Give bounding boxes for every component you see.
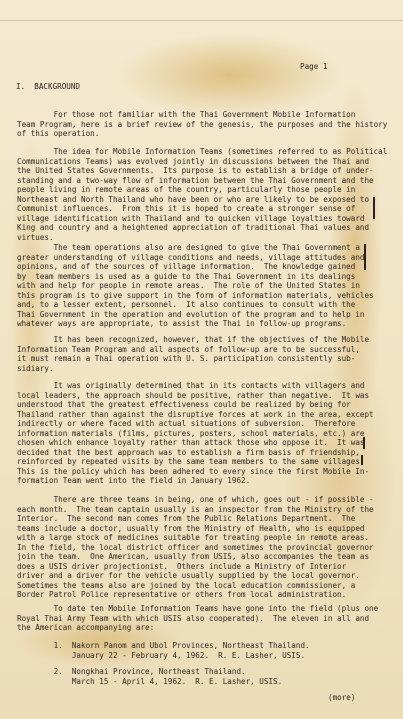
paragraph-4-line-3: it must remain a Thai operation with U. … bbox=[17, 354, 355, 364]
paragraph-5-line-11: formation Team went into the field in Ja… bbox=[17, 476, 250, 486]
list-item-1-line-1: 1. Nakorn Panom and Ubol Provinces, Nort… bbox=[17, 641, 310, 651]
continuation-note: (more) bbox=[328, 693, 355, 703]
paragraph-2-line-7: Communist influences. From this it is ho… bbox=[17, 204, 355, 214]
paragraph-5-line-8: decided that the best approach was to es… bbox=[17, 448, 360, 458]
paragraph-1-line-1: For those not familiar with the Thai Gov… bbox=[17, 110, 355, 120]
paragraph-6-line-3: Interior. The second man comes from the … bbox=[17, 514, 355, 524]
paragraph-1-line-2: Team Program, here is a brief review of … bbox=[17, 120, 387, 130]
paragraph-6-line-6: In the field, the local district officer… bbox=[17, 543, 374, 553]
paragraph-2-line-3: the United States Governments. Its purpo… bbox=[17, 166, 374, 176]
paragraph-3-line-9: whatever ways are appropriate, to assist… bbox=[17, 319, 346, 329]
paragraph-5-line-3: understood that the greatest effectivene… bbox=[17, 400, 351, 410]
paragraph-6-line-7: join the team. One American, usually fro… bbox=[17, 552, 369, 562]
paragraph-2-line-6: Northeast and North Thailand who have be… bbox=[17, 195, 369, 205]
paragraph-4-line-4: sidiary. bbox=[17, 364, 54, 374]
paragraph-1-line-3: of this operation. bbox=[17, 129, 99, 139]
paragraph-6-line-8: does a USIS driver projectionist. Others… bbox=[17, 562, 346, 572]
margin-mark bbox=[363, 437, 365, 449]
paragraph-5-line-4: Thailand rather than against the disrupt… bbox=[17, 410, 374, 420]
paragraph-2-line-9: King and country and a heightened apprec… bbox=[17, 223, 369, 233]
paragraph-6-line-2: each month. The team captain usually is … bbox=[17, 505, 374, 515]
paragraph-3-line-1: The team operations also are designed to… bbox=[17, 243, 360, 253]
page-number: Page 1 bbox=[300, 62, 327, 72]
paragraph-3-line-5: with and help for people in remote areas… bbox=[17, 281, 360, 291]
document-page: Page 1 I. BACKGROUND For those not famil… bbox=[0, 0, 403, 719]
paragraph-5-line-10: This is the policy which has been adhere… bbox=[17, 467, 369, 477]
paragraph-3-line-7: and, to a lesser extent, personnel. It a… bbox=[17, 300, 355, 310]
paragraph-6-line-11: Border Patrol Police representative or o… bbox=[17, 590, 346, 600]
paragraph-2-line-4: standing and a two-way flow of informati… bbox=[17, 176, 374, 186]
fold-line bbox=[0, 20, 403, 21]
paragraph-5-line-7: chosen which enhance loyalty rather than… bbox=[17, 438, 364, 448]
paragraph-5-line-1: It was originally determined that in its… bbox=[17, 381, 364, 391]
paragraph-4-line-2: Information Team Program and all aspects… bbox=[17, 345, 360, 355]
paragraph-3-line-3: opinions, and of the sources of village … bbox=[17, 262, 355, 272]
paragraph-4-line-1: It has been recognized, however, that if… bbox=[17, 335, 369, 345]
margin-mark bbox=[364, 244, 366, 270]
paragraph-5-line-6: information materials (films, pictures, … bbox=[17, 429, 364, 439]
paragraph-5-line-9: reinforced by repeated visits by the sam… bbox=[17, 457, 364, 467]
paragraph-2-line-8: village identification with Thailand and… bbox=[17, 214, 364, 224]
paragraph-5-line-5: indirectly or where faced with actual si… bbox=[17, 419, 355, 429]
list-item-2-line-1: 2. Nongkhai Province, Northeast Thailand… bbox=[17, 667, 246, 677]
paragraph-6-line-9: driver and a driver for the vehicle usua… bbox=[17, 571, 360, 581]
list-item-1-line-2: January 22 - February 4, 1962. R. E. Las… bbox=[17, 651, 305, 661]
paragraph-3-line-6: this program is to give support in the f… bbox=[17, 291, 374, 301]
paragraph-2-line-2: Communications Teams) was evolved jointl… bbox=[17, 157, 369, 167]
section-heading: I. BACKGROUND bbox=[16, 82, 80, 92]
paragraph-6-line-4: teams include a doctor, usually from the… bbox=[17, 524, 364, 534]
margin-mark bbox=[373, 197, 375, 219]
paragraph-6-line-5: with a large stock of medicines suitable… bbox=[17, 533, 369, 543]
paragraph-2-line-5: people living in remote areas of the cou… bbox=[17, 185, 355, 195]
paragraph-3-line-8: Thai Government in the operation and evo… bbox=[17, 310, 364, 320]
paragraph-7-line-2: Royal Thai Army Team with which USIS als… bbox=[17, 614, 369, 624]
paragraph-6-line-10: Sometimes the teams also are joined by t… bbox=[17, 581, 355, 591]
paragraph-2-line-10: virtues. bbox=[17, 233, 54, 243]
paragraph-7-line-3: the American accompanying are: bbox=[17, 623, 154, 633]
paragraph-6-line-1: There are three teams in being, one of w… bbox=[17, 495, 374, 505]
list-item-2-line-2: March 15 - April 4, 1962. R. E. Lasher, … bbox=[17, 677, 282, 687]
paragraph-5-line-2: local leaders, the approach should be po… bbox=[17, 391, 369, 401]
paragraph-7-line-1: To date ten Mobile Information Teams hav… bbox=[17, 604, 378, 614]
margin-mark bbox=[361, 455, 363, 465]
paragraph-2-line-1: The idea for Mobile Information Teams (s… bbox=[17, 147, 387, 157]
paragraph-3-line-2: greater understanding of village conditi… bbox=[17, 253, 364, 263]
paragraph-3-line-4: by team members is used as a guide to th… bbox=[17, 272, 355, 282]
